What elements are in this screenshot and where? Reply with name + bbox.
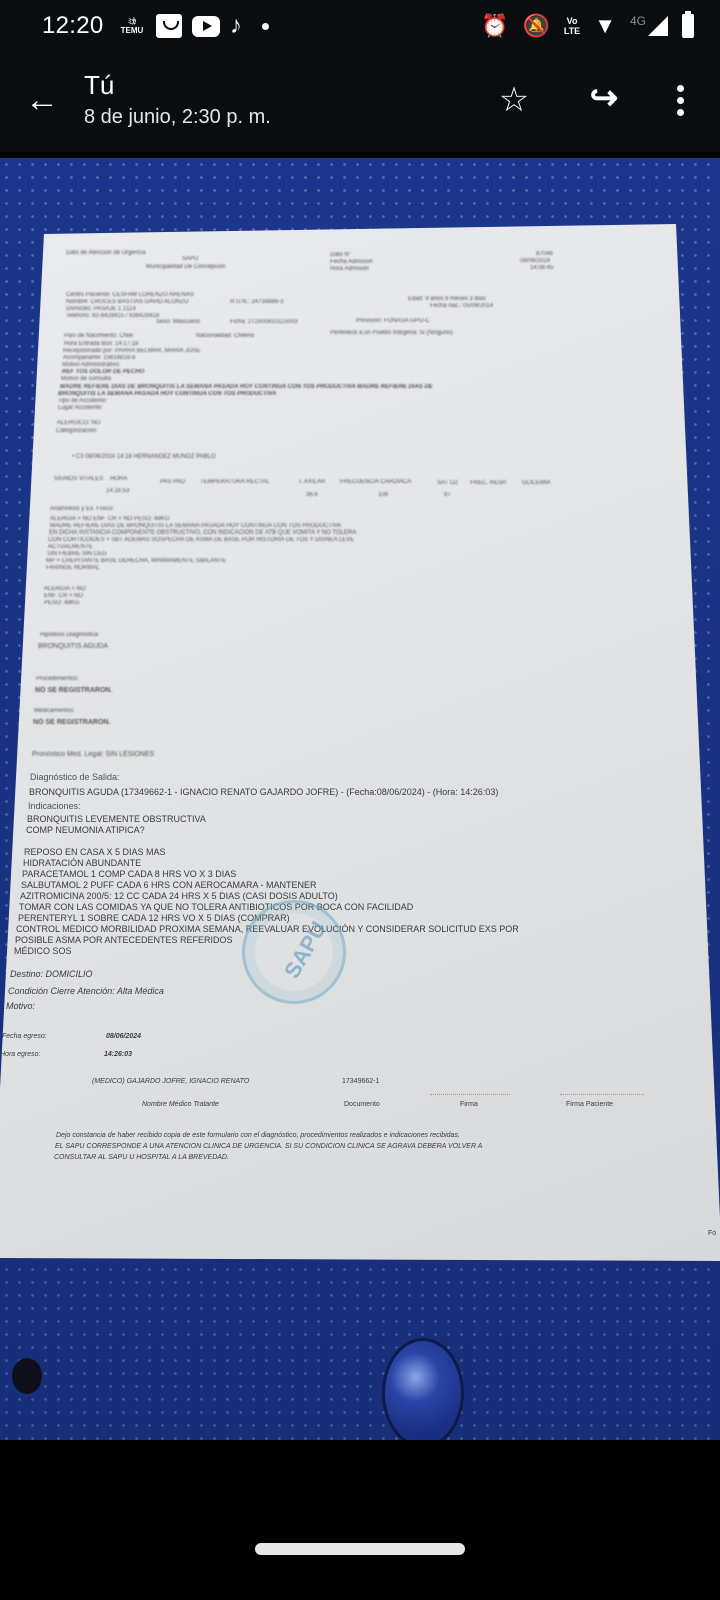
star-button[interactable]: ☆ bbox=[494, 80, 534, 120]
back-button[interactable]: ← bbox=[22, 80, 62, 120]
status-time: 12:20 bbox=[42, 12, 104, 40]
gesture-navigation-bar[interactable] bbox=[255, 1543, 465, 1555]
alarm-icon: ⏰ bbox=[481, 13, 508, 39]
more-vertical-icon bbox=[677, 85, 684, 92]
more-options-button[interactable] bbox=[660, 80, 700, 120]
battery-icon bbox=[682, 14, 694, 38]
notification-dot-icon bbox=[262, 23, 269, 30]
status-bar: 12:20 ﾐｶTEMU ♪ ⏰ 🔕 VoLTE ▼ 4G bbox=[0, 0, 720, 56]
system-icons: ⏰ 🔕 VoLTE ▼ 4G bbox=[481, 13, 694, 39]
sapu-stamp: SAPU bbox=[242, 900, 346, 1004]
volte-icon: VoLTE bbox=[564, 16, 580, 36]
forward-all-icon: ↪ bbox=[590, 79, 619, 117]
tiktok-icon: ♪ bbox=[230, 14, 242, 38]
wifi-icon: ▼ bbox=[594, 13, 616, 39]
photo-viewer[interactable]: Dato de Atención de Urgencia SAPU Munici… bbox=[0, 158, 720, 1440]
temu-icon: ﾐｶTEMU bbox=[118, 17, 146, 35]
arrow-back-icon: ← bbox=[25, 81, 59, 119]
youtube-icon bbox=[192, 16, 220, 37]
bell-off-icon: 🔕 bbox=[522, 13, 549, 39]
app-bar: ← Tú 8 de junio, 2:30 p. m. ☆ ↪ bbox=[0, 56, 720, 152]
signal-icon bbox=[648, 16, 668, 36]
forward-button[interactable]: ↪ bbox=[580, 78, 628, 118]
sent-date: 8 de junio, 2:30 p. m. bbox=[84, 106, 271, 129]
notification-icons: ﾐｶTEMU ♪ bbox=[118, 14, 269, 38]
sender-name: Tú bbox=[84, 70, 114, 101]
4g-icon: 4G bbox=[630, 14, 646, 28]
star-outline-icon: ☆ bbox=[499, 81, 529, 119]
document-content: Dato de Atención de Urgencia SAPU Munici… bbox=[0, 158, 720, 1440]
shopping-bag-icon bbox=[156, 14, 182, 38]
